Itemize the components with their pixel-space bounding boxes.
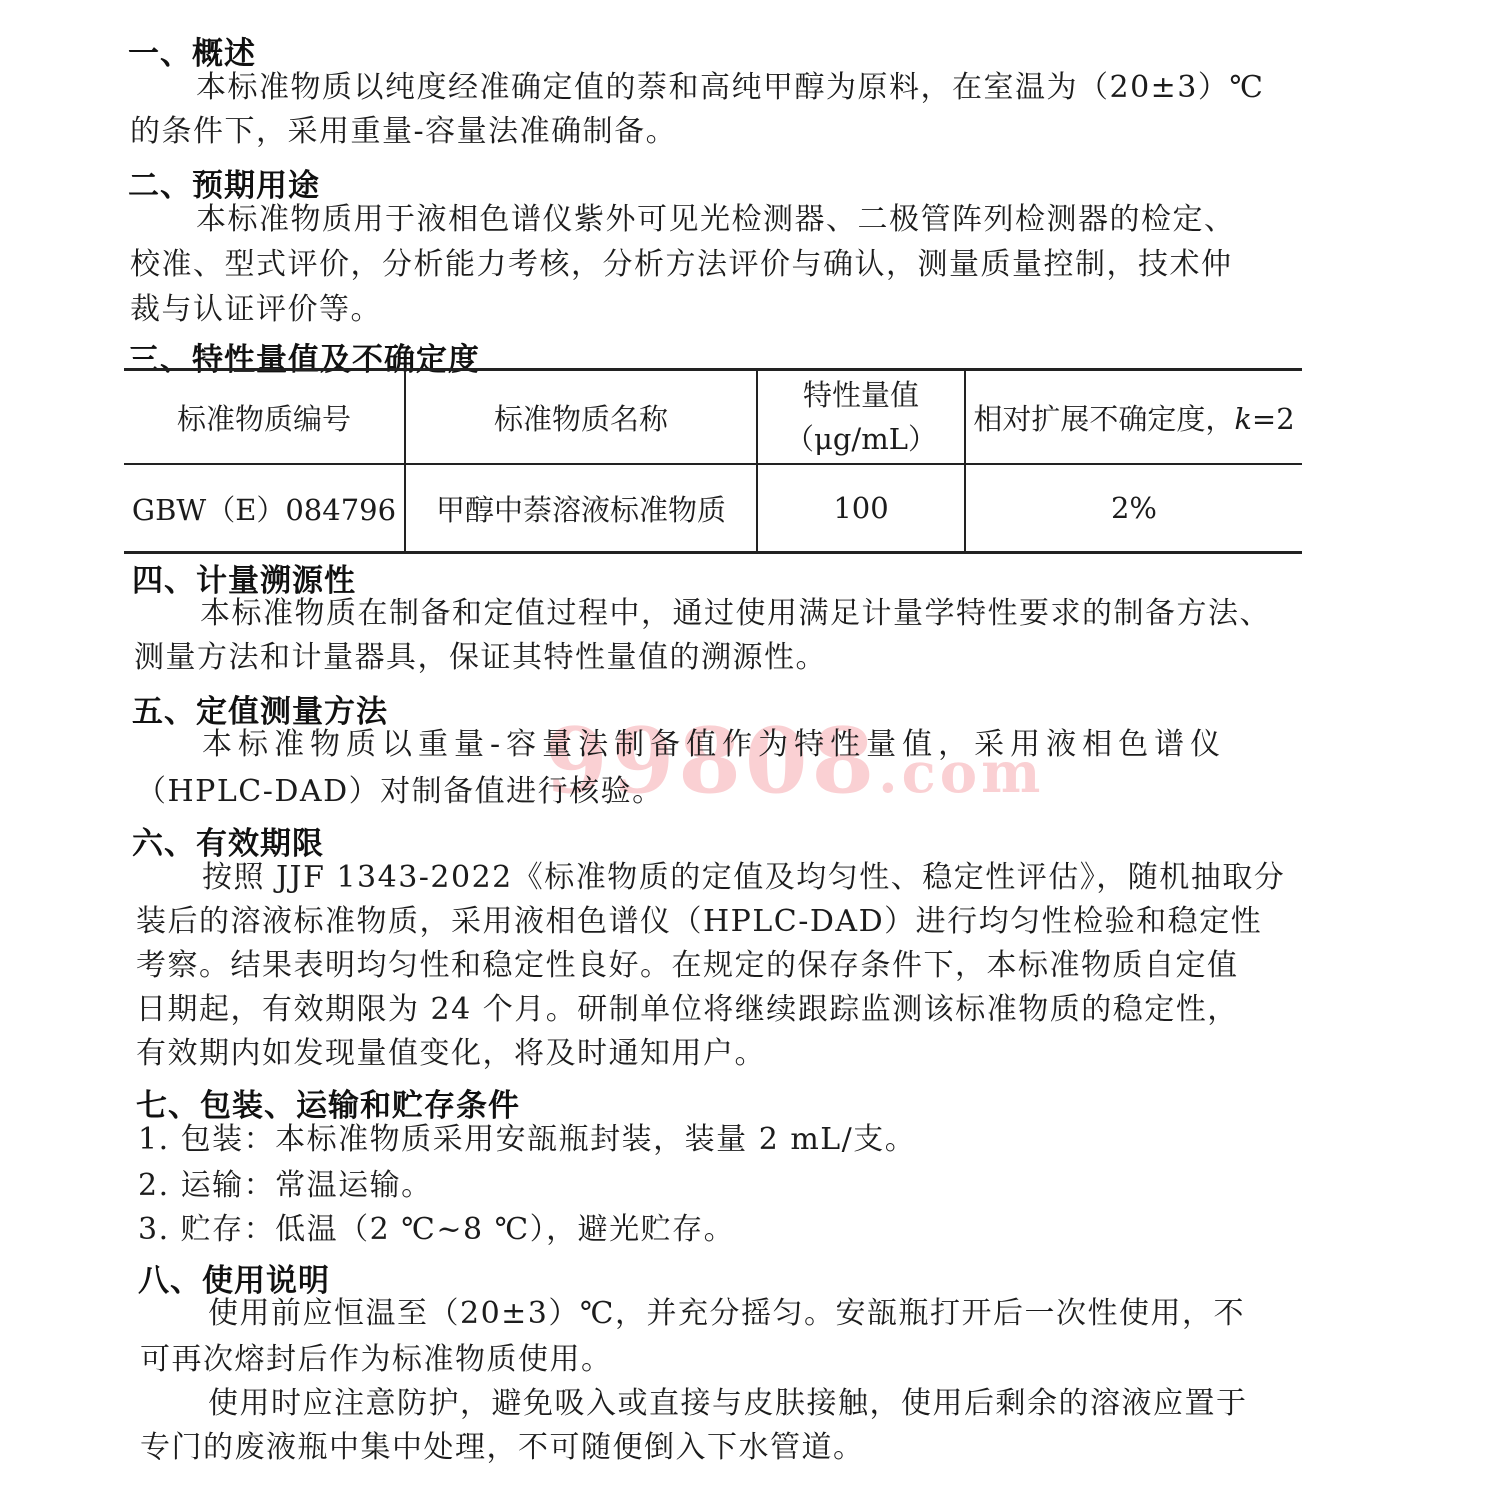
- overview-line-2: 的条件下，采用重量-容量法准确制备。: [130, 110, 677, 154]
- intended-use-line-2: 校准、型式评价，分析能力考核，分析方法评价与确认，测量质量控制，技术仲: [130, 243, 1233, 287]
- header-property-value-label: 特性量值: [759, 373, 963, 417]
- header-rm-name: 标准物质名称: [405, 370, 757, 465]
- cell-rm-name: 甲醇中萘溶液标准物质: [405, 464, 757, 553]
- validity-line-1: 按照 JJF 1343-2022《标准物质的定值及均匀性、稳定性评估》，随机抽取…: [202, 856, 1285, 900]
- storage-item: 3. 贮存：低温（2 ℃~8 ℃），避光贮存。: [138, 1208, 735, 1252]
- header-rm-number: 标准物质编号: [124, 370, 405, 465]
- traceability-line-1: 本标准物质在制备和定值过程中，通过使用满足计量学特性要求的制备方法、: [200, 592, 1271, 636]
- intended-use-line-3: 裁与认证评价等。: [130, 288, 382, 332]
- intended-use-line-1: 本标准物质用于液相色谱仪紫外可见光检测器、二极管阵列检测器的检定、: [196, 198, 1236, 242]
- header-relative-uncertainty: 相对扩展不确定度，k=2: [965, 370, 1302, 465]
- coverage-factor-symbol: k: [1234, 402, 1252, 436]
- header-uncertainty-label: 相对扩展不确定度，: [973, 402, 1234, 436]
- transport-item: 2. 运输：常温运输。: [138, 1164, 433, 1208]
- document-page: 一、概述 本标准物质以纯度经准确定值的萘和高纯甲醇为原料，在室温为（20±3）℃…: [0, 0, 1500, 1500]
- cell-property-value: 100: [757, 464, 965, 553]
- table-header-row: 标准物质编号 标准物质名称 特性量值 （μg/mL） 相对扩展不确定度，k=2: [124, 370, 1302, 465]
- validity-line-4: 日期起，有效期限为 24 个月。研制单位将继续跟踪监测该标准物质的稳定性，: [136, 988, 1239, 1032]
- overview-line-1: 本标准物质以纯度经准确定值的萘和高纯甲醇为原料，在室温为（20±3）℃: [196, 66, 1264, 110]
- validity-line-2: 装后的溶液标准物质，采用液相色谱仪（HPLC-DAD）进行均匀性检验和稳定性: [136, 900, 1262, 944]
- measurement-method-line-2: （HPLC-DAD）对制备值进行核验。: [136, 770, 664, 814]
- coverage-factor-value: =2: [1252, 402, 1295, 436]
- validity-line-3: 考察。结果表明均匀性和稳定性良好。在规定的保存条件下，本标准物质自定值: [136, 944, 1239, 988]
- cell-rm-number: GBW（E）084796: [124, 464, 405, 553]
- cell-relative-uncertainty: 2%: [965, 464, 1302, 553]
- header-property-value-unit: （μg/mL）: [759, 417, 963, 461]
- property-value-table: 标准物质编号 标准物质名称 特性量值 （μg/mL） 相对扩展不确定度，k=2 …: [124, 368, 1302, 554]
- instructions-line-4: 专门的废液瓶中集中处理，不可随便倒入下水管道。: [140, 1426, 865, 1470]
- validity-line-5: 有效期内如发现量值变化，将及时通知用户。: [136, 1032, 766, 1076]
- instructions-line-1: 使用前应恒温至（20±3）℃，并充分摇匀。安瓿瓶打开后一次性使用，不: [208, 1292, 1245, 1336]
- instructions-line-3: 使用时应注意防护，避免吸入或直接与皮肤接触，使用后剩余的溶液应置于: [208, 1382, 1248, 1426]
- packaging-item: 1. 包装：本标准物质采用安瓿瓶封装，装量 2 mL/支。: [138, 1118, 916, 1162]
- measurement-method-line-1: 本标准物质以重量-容量法制备值作为特性量值，采用液相色谱仪: [202, 723, 1226, 767]
- traceability-line-2: 测量方法和计量器具，保证其特性量值的溯源性。: [134, 636, 827, 680]
- table-row: GBW（E）084796 甲醇中萘溶液标准物质 100 2%: [124, 464, 1302, 553]
- header-property-value: 特性量值 （μg/mL）: [757, 370, 965, 465]
- instructions-line-2: 可再次熔封后作为标准物质使用。: [140, 1338, 613, 1382]
